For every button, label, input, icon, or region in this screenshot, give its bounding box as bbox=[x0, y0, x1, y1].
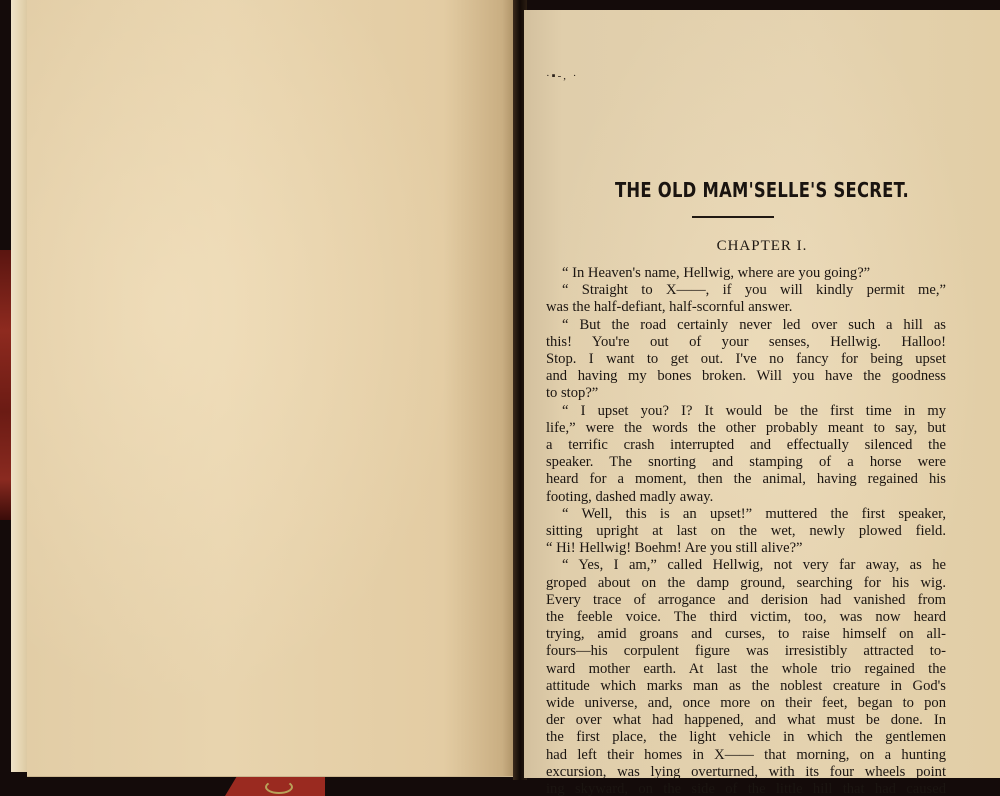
text-line: trying, amid groans and curses, to raise… bbox=[546, 626, 946, 643]
text-line: excursion, was lying overturned, with it… bbox=[546, 764, 946, 781]
text-line: had left their homes in X—— that morning… bbox=[546, 747, 946, 764]
text-line: “ But the road certainly never led over … bbox=[562, 317, 946, 334]
text-line: footing, dashed madly away. bbox=[546, 489, 946, 506]
left-page-blank bbox=[27, 0, 517, 777]
text-line: life,” were the words the other probably… bbox=[546, 420, 946, 437]
chapter-heading: CHAPTER I. bbox=[524, 238, 1000, 255]
text-line: to stop?” bbox=[546, 385, 946, 402]
text-line: heard for a moment, then the animal, hav… bbox=[546, 471, 946, 488]
text-line: sitting upright at last on the wet, newl… bbox=[546, 523, 946, 540]
text-line: Stop. I want to get out. I've no fancy f… bbox=[546, 351, 946, 368]
text-line: “ Hi! Hellwig! Boehm! Are you still aliv… bbox=[546, 540, 946, 557]
text-line: was the half-defiant, half-scornful answ… bbox=[546, 299, 946, 316]
text-line: “ Straight to X——, if you will kindly pe… bbox=[562, 282, 946, 299]
text-line: attitude which marks man as the noblest … bbox=[546, 678, 946, 695]
book-cover-corner bbox=[225, 776, 325, 796]
text-line: a terrific crash interrupted and effectu… bbox=[546, 437, 946, 454]
book-title: THE OLD MAM'SELLE'S SECRET. bbox=[567, 178, 957, 202]
text-line: and having my bones broken. Will you hav… bbox=[546, 368, 946, 385]
chapter-body-text: “ In Heaven's name, Hellwig, where are y… bbox=[546, 265, 946, 796]
title-rule-divider bbox=[692, 216, 774, 218]
text-line: speaker. The snorting and stamping of a … bbox=[546, 454, 946, 471]
text-line: wide universe, and, once more on their f… bbox=[546, 695, 946, 712]
text-line: the feeble voice. The third victim, too,… bbox=[546, 609, 946, 626]
text-line: the first place, the light vehicle in wh… bbox=[546, 729, 946, 746]
text-line: this! You're out of your senses, Hellwig… bbox=[546, 334, 946, 351]
text-line: ing skyward, on the side of the little h… bbox=[546, 781, 946, 796]
text-line: der over what had happened, and what mus… bbox=[546, 712, 946, 729]
text-line: fours—his corpulent figure was irresisti… bbox=[546, 643, 946, 660]
print-marks: ·▪-, · bbox=[546, 70, 578, 82]
text-line: “ Well, this is an upset!” muttered the … bbox=[562, 506, 946, 523]
text-line: “ I upset you? I? It would be the first … bbox=[562, 403, 946, 420]
text-line: groped about on the damp ground, searchi… bbox=[546, 575, 946, 592]
text-line: “ Yes, I am,” called Hellwig, not very f… bbox=[562, 557, 946, 574]
text-line: Every trace of arrogance and derision ha… bbox=[546, 592, 946, 609]
text-line: ward mother earth. At last the whole tri… bbox=[546, 661, 946, 678]
text-line: “ In Heaven's name, Hellwig, where are y… bbox=[562, 265, 946, 282]
right-page: ·▪-, · THE OLD MAM'SELLE'S SECRET. CHAPT… bbox=[524, 10, 1000, 778]
